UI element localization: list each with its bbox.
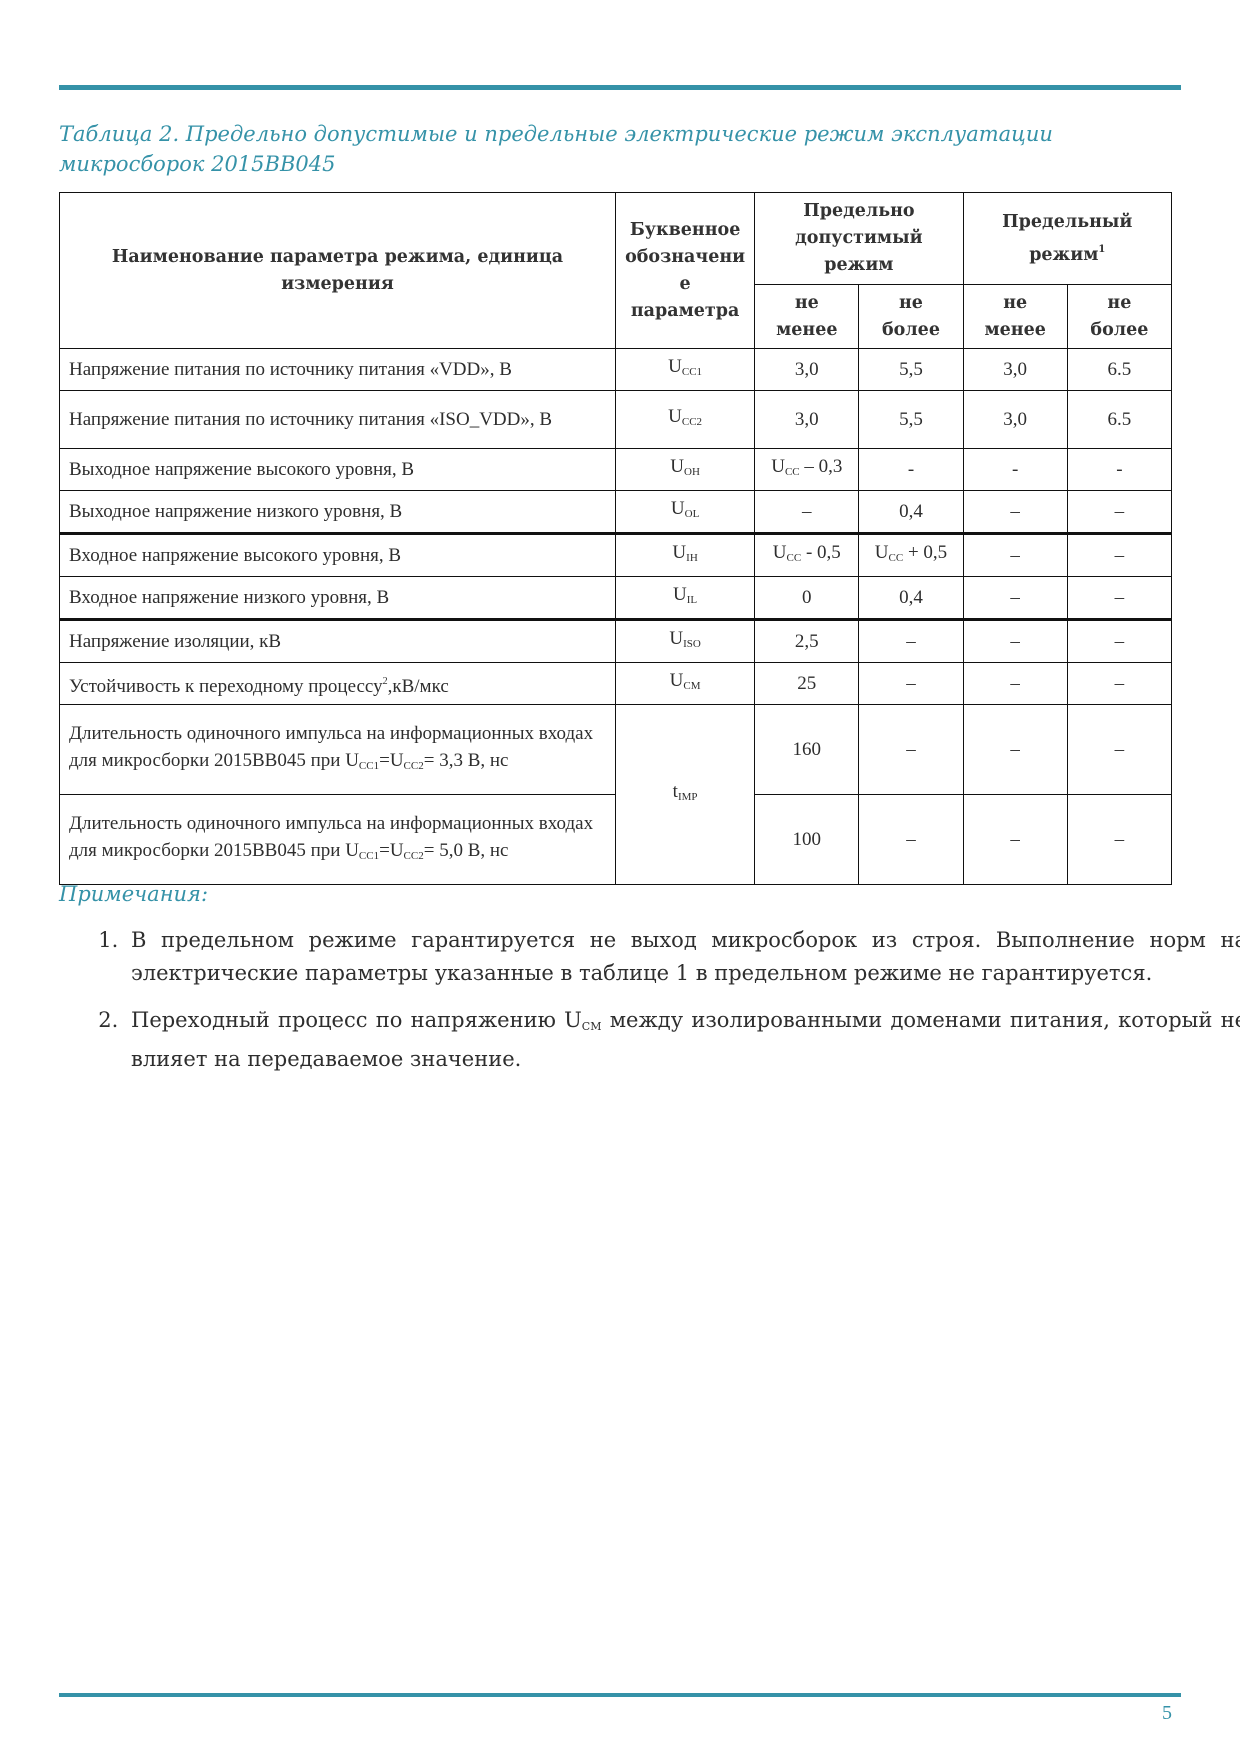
limit-max-value: - (1067, 449, 1171, 491)
header-limit-min: не менее (963, 285, 1067, 349)
limit-max-value: 6.5 (1067, 349, 1171, 391)
allowed-min-value: 0 (755, 577, 859, 620)
header-allowed-mode: Предельно допустимый режим (755, 193, 963, 285)
param-name: Длительность одиночного импульса на инфо… (60, 705, 616, 795)
limit-max-value: 6.5 (1067, 391, 1171, 449)
allowed-max-value: – (859, 620, 963, 663)
note-subscript: CM (582, 1020, 602, 1033)
allowed-max-value: 5,5 (859, 391, 963, 449)
allowed-min-value: UCC - 0,5 (755, 534, 859, 577)
limit-min-value: – (963, 795, 1067, 885)
param-symbol: tIMP (615, 705, 754, 885)
limit-min-value: – (963, 705, 1067, 795)
param-name: Входное напряжение низкого уровня, В (60, 577, 616, 620)
allowed-max-value: 0,4 (859, 491, 963, 534)
limit-min-value: – (963, 577, 1067, 620)
param-symbol: UOL (615, 491, 754, 534)
notes-title: Примечания: (59, 882, 208, 906)
note-text: В предельном режиме гарантируется не вых… (131, 928, 1240, 985)
notes-list: В предельном режиме гарантируется не вых… (59, 924, 1240, 1090)
limit-min-value: – (963, 620, 1067, 663)
table-row: Входное напряжение высокого уровня, ВUIH… (60, 534, 1172, 577)
limit-min-value: – (963, 491, 1067, 534)
header-allowed-min: не менее (755, 285, 859, 349)
header-param-name: Наименование параметра режима, единица и… (60, 193, 616, 349)
param-symbol: UCC1 (615, 349, 754, 391)
param-name: Устойчивость к переходному процессу2,кВ/… (60, 663, 616, 705)
param-symbol: UCC2 (615, 391, 754, 449)
param-symbol: UIH (615, 534, 754, 577)
limit-max-value: – (1067, 577, 1171, 620)
table-row: Устойчивость к переходному процессу2,кВ/… (60, 663, 1172, 705)
table-row: Напряжение питания по источнику питания … (60, 391, 1172, 449)
limit-min-value: 3,0 (963, 349, 1067, 391)
allowed-max-value: 0,4 (859, 577, 963, 620)
table-row: Напряжение изоляции, кВUISO2,5––– (60, 620, 1172, 663)
param-symbol: UCM (615, 663, 754, 705)
param-name: Входное напряжение высокого уровня, В (60, 534, 616, 577)
footnote-ref: 1 (1098, 244, 1105, 255)
table-row: Напряжение питания по источнику питания … (60, 349, 1172, 391)
header-limit-label: Предельный режим (1002, 212, 1132, 265)
header-symbol: Буквенное обозначени е параметра (615, 193, 754, 349)
param-symbol: UISO (615, 620, 754, 663)
param-name: Длительность одиночного импульса на инфо… (60, 795, 616, 885)
limit-max-value: – (1067, 663, 1171, 705)
allowed-max-value: 5,5 (859, 349, 963, 391)
allowed-min-value: 25 (755, 663, 859, 705)
allowed-max-value: – (859, 705, 963, 795)
table-row: Длительность одиночного импульса на инфо… (60, 705, 1172, 795)
note-item: Переходный процесс по напряжению UCM меж… (125, 1004, 1240, 1076)
param-symbol: UIL (615, 577, 754, 620)
limit-min-value: – (963, 663, 1067, 705)
note-item: В предельном режиме гарантируется не вых… (125, 924, 1240, 990)
allowed-min-value: UCC – 0,3 (755, 449, 859, 491)
limit-max-value: – (1067, 534, 1171, 577)
param-symbol: UOH (615, 449, 754, 491)
allowed-min-value: 2,5 (755, 620, 859, 663)
specs-table: Наименование параметра режима, единица и… (59, 192, 1172, 885)
allowed-min-value: 100 (755, 795, 859, 885)
allowed-max-value: – (859, 795, 963, 885)
note-text: Переходный процесс по напряжению U (131, 1008, 582, 1032)
limit-max-value: – (1067, 491, 1171, 534)
header-limit-max: не более (1067, 285, 1171, 349)
table-row: Выходное напряжение низкого уровня, ВUOL… (60, 491, 1172, 534)
param-name: Выходное напряжение низкого уровня, В (60, 491, 616, 534)
allowed-max-value: – (859, 663, 963, 705)
table-row: Выходное напряжение высокого уровня, ВUO… (60, 449, 1172, 491)
header-rule (59, 85, 1181, 90)
limit-min-value: - (963, 449, 1067, 491)
table-caption: Таблица 2. Предельно допустимые и предел… (59, 119, 1189, 179)
table-row: Входное напряжение низкого уровня, ВUIL0… (60, 577, 1172, 620)
param-name: Напряжение питания по источнику питания … (60, 391, 616, 449)
header-allowed-max: не более (859, 285, 963, 349)
param-name: Выходное напряжение высокого уровня, В (60, 449, 616, 491)
allowed-min-value: – (755, 491, 859, 534)
limit-max-value: – (1067, 795, 1171, 885)
allowed-min-value: 3,0 (755, 349, 859, 391)
limit-max-value: – (1067, 620, 1171, 663)
limit-min-value: 3,0 (963, 391, 1067, 449)
allowed-min-value: 160 (755, 705, 859, 795)
page-number: 5 (1162, 1702, 1172, 1725)
param-name: Напряжение изоляции, кВ (60, 620, 616, 663)
allowed-max-value: - (859, 449, 963, 491)
limit-max-value: – (1067, 705, 1171, 795)
allowed-max-value: UCC + 0,5 (859, 534, 963, 577)
header-limit-mode: Предельный режим1 (963, 193, 1171, 285)
limit-min-value: – (963, 534, 1067, 577)
param-name: Напряжение питания по источнику питания … (60, 349, 616, 391)
allowed-min-value: 3,0 (755, 391, 859, 449)
footer-rule (59, 1693, 1181, 1697)
